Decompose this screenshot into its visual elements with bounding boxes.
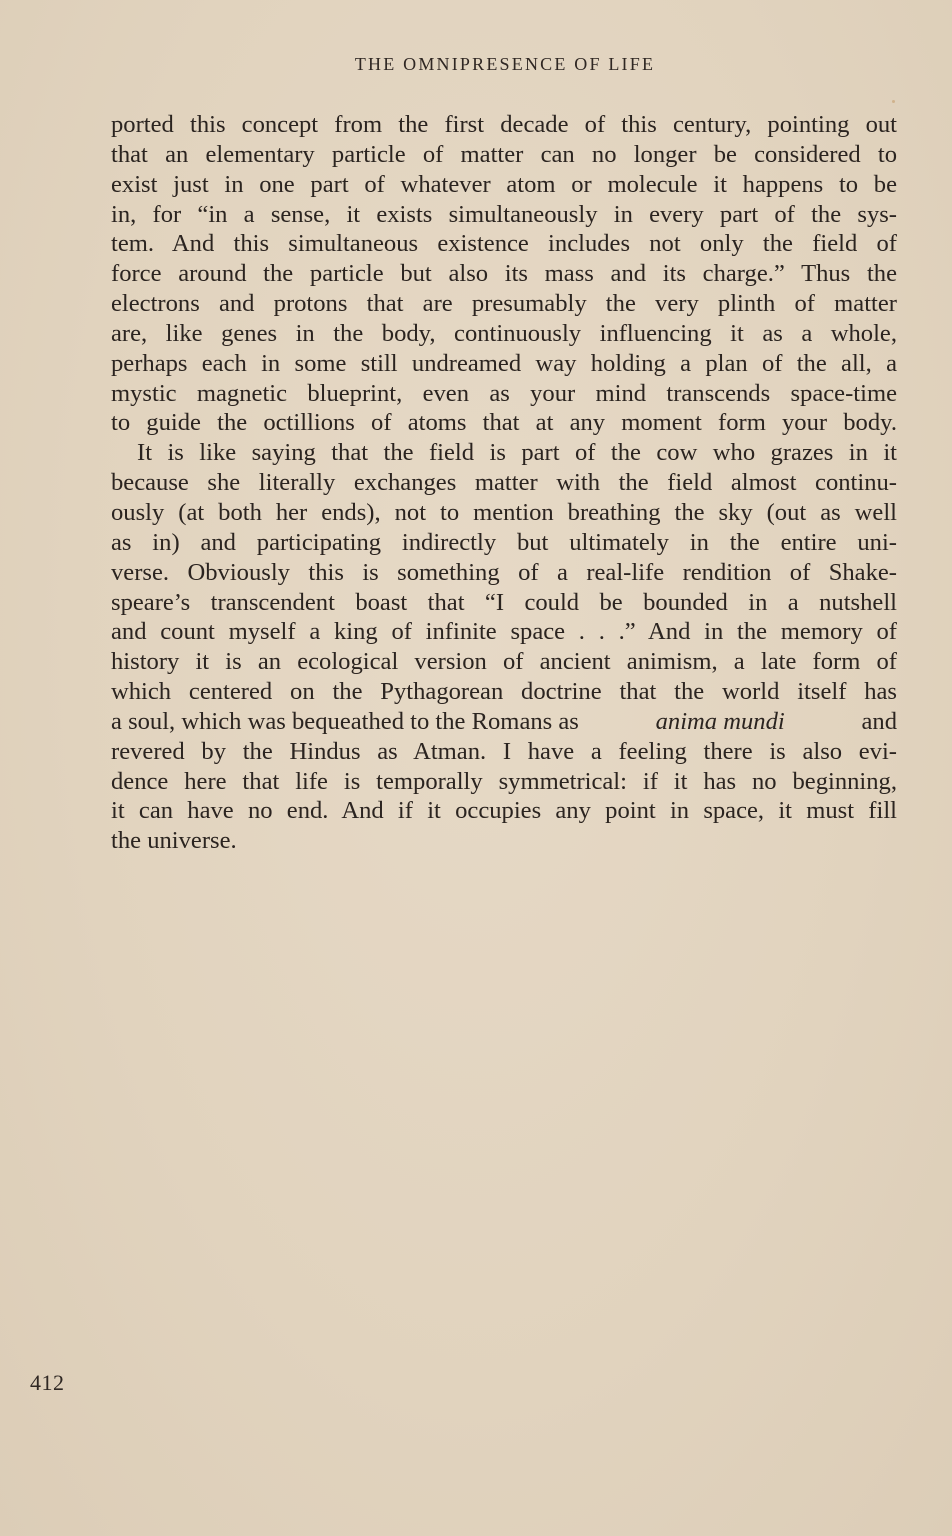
italic-phrase: anima mundi xyxy=(656,707,785,737)
text-line: It is like saying that the field is part… xyxy=(111,438,897,468)
text-line: speare’s transcendent boast that “I coul… xyxy=(111,588,897,618)
paragraph-1: ported this concept from the first decad… xyxy=(111,110,897,438)
text-segment: a soul, which was bequeathed to the Roma… xyxy=(111,707,579,737)
text-segment: and xyxy=(861,707,897,737)
text-line: the universe. xyxy=(111,826,897,856)
text-line: electrons and protons that are presumabl… xyxy=(111,289,897,319)
text-line: dence here that life is temporally symme… xyxy=(111,767,897,797)
text-line: are, like genes in the body, continuousl… xyxy=(111,319,897,349)
text-line: ported this concept from the first decad… xyxy=(111,110,897,140)
paper-speck xyxy=(892,100,895,103)
text-line: force around the particle but also its m… xyxy=(111,259,897,289)
text-line: because she literally exchanges matter w… xyxy=(111,468,897,498)
text-line: verse. Obviously this is something of a … xyxy=(111,558,897,588)
text-line: as in) and participating indirectly but … xyxy=(111,528,897,558)
page-number: 412 xyxy=(30,1370,65,1396)
text-line: that an elementary particle of matter ca… xyxy=(111,140,897,170)
text-line: it can have no end. And if it occupies a… xyxy=(111,796,897,826)
text-line: mystic magnetic blueprint, even as your … xyxy=(111,379,897,409)
running-head: THE OMNIPRESENCE OF LIFE xyxy=(0,54,952,75)
text-line-with-italic: a soul, which was bequeathed to the Roma… xyxy=(111,707,897,737)
paragraph-2: It is like saying that the field is part… xyxy=(111,438,897,856)
text-line: ously (at both her ends), not to mention… xyxy=(111,498,897,528)
text-line: and count myself a king of infinite spac… xyxy=(111,617,897,647)
text-line: perhaps each in some still undreamed way… xyxy=(111,349,897,379)
text-line: exist just in one part of whatever atom … xyxy=(111,170,897,200)
text-line: to guide the octillions of atoms that at… xyxy=(111,408,897,438)
body-text: ported this concept from the first decad… xyxy=(111,110,897,856)
text-line: tem. And this simultaneous existence inc… xyxy=(111,229,897,259)
text-line: history it is an ecological version of a… xyxy=(111,647,897,677)
text-line: in, for “in a sense, it exists simultane… xyxy=(111,200,897,230)
text-line: which centered on the Pythagorean doctri… xyxy=(111,677,897,707)
text-line: revered by the Hindus as Atman. I have a… xyxy=(111,737,897,767)
